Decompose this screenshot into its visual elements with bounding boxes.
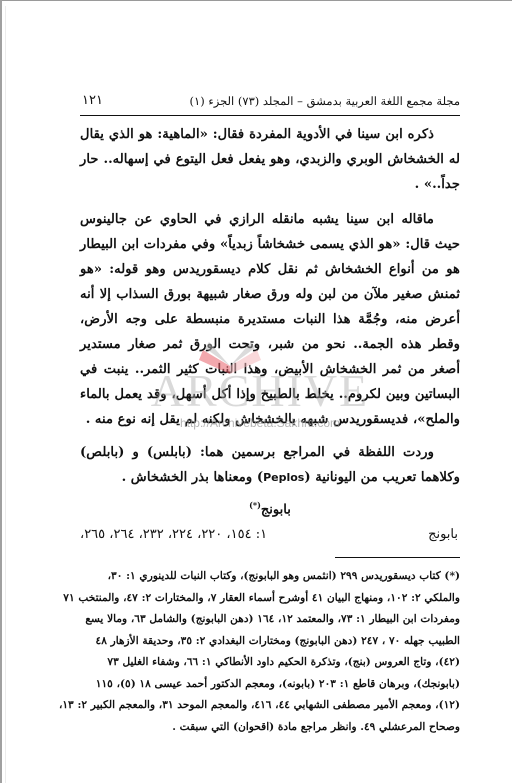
paragraph-etymology: وردت اللفظة في المراجع برسمين هما: (بابل… xyxy=(80,440,460,490)
footnote-separator xyxy=(335,557,460,558)
footnote-line: (١٢)، ومعجم الأمير مصطفى الشهابي ٤٤، ٤١٦… xyxy=(80,695,460,717)
footnote: (*) كتاب ديسقوريدس ٢٩٩ (انثمس وهو البابو… xyxy=(80,566,460,738)
footnote-line: والملكي ٢: ١٠٢، ومنهاج البيان ٤١ أوشرح أ… xyxy=(80,588,460,610)
footnote-line: (٤٢)، وتاج العروس (بنج)، وتذكرة الحكيم د… xyxy=(80,652,460,674)
footnote-line: الطبيب جهله ٧٠ ، ٢٤٧ (دهن البابونج) ومخت… xyxy=(80,631,460,653)
paragraph-razi-dioscorides: ماقاله ابن سينا يشبه مانقله الرازي في ال… xyxy=(80,207,460,432)
footnote-line: وصحاح المرعشلي ٤٩. وانظر مراجع مادة (اقح… xyxy=(80,717,460,739)
page-frame-inner xyxy=(5,6,6,783)
footnote-line: (بابونجك)، وبرهان قاطع ١: ٢٠٣ (بابونه)، … xyxy=(80,674,460,696)
journal-title: مجلة مجمع اللغة العربية بدمشق – المجلد (… xyxy=(190,90,460,112)
entry-heading: بابونج(*) xyxy=(80,494,460,521)
entry-references: ١: ١٥٤، ٢٢٠، ٢٢٤، ٢٣٢، ٢٦٤، ٢٦٥، xyxy=(80,523,267,547)
document-page: مجلة مجمع اللغة العربية بدمشق – المجلد (… xyxy=(80,90,460,738)
page-number: ١٢١ xyxy=(82,90,103,112)
etymology-text-after: ) ومعناها بذر الخشخاش . xyxy=(122,470,264,485)
entry-heading-text: بابونج xyxy=(261,502,291,517)
footnote-line: ومفردات ابن البيطار ١: ٧٣، والمعتمد ١٢، … xyxy=(80,609,460,631)
footnote-marker: (*) xyxy=(249,500,261,510)
paragraph-ibn-sina: ذكره ابن سينا في الأدوية المفردة فقال: «… xyxy=(80,122,460,197)
page-frame-top xyxy=(0,0,512,1)
header-rule xyxy=(80,115,460,116)
page-frame-left xyxy=(0,0,2,783)
footnote-line: (*) كتاب ديسقوريدس ٢٩٩ (انثمس وهو البابو… xyxy=(80,566,460,588)
latin-term: Peplos xyxy=(263,471,304,484)
entry-reference-line: بابونج ١: ١٥٤، ٢٢٠، ٢٢٤، ٢٣٢، ٢٦٤، ٢٦٥، xyxy=(80,523,460,547)
entry-term: بابونج xyxy=(428,523,458,547)
running-header: مجلة مجمع اللغة العربية بدمشق – المجلد (… xyxy=(80,90,460,112)
